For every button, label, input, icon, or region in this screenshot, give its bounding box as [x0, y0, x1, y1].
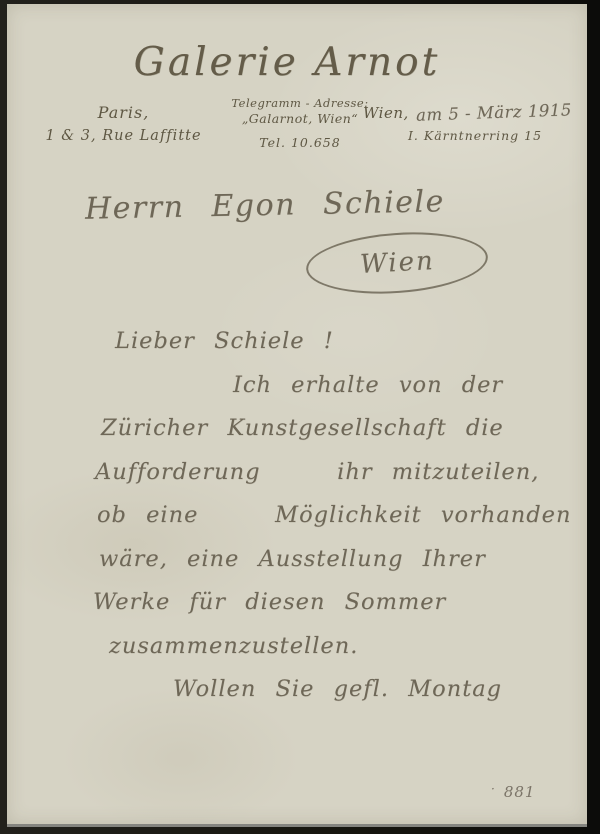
- letterhead-vienna-city: Wien,: [363, 104, 409, 122]
- body-line: Wollen Sie gefl. Montag: [173, 668, 567, 712]
- salutation-line: Lieber Schiele !: [115, 320, 567, 364]
- letter-date-line: Wien, am 5 - März 1915: [363, 103, 587, 122]
- handwritten-date: am 5 - März 1915: [415, 100, 571, 124]
- letterhead-vienna-street: I. Kärntnerring 15: [363, 128, 587, 143]
- body-line: ob eine Möglichkeit vorhanden: [97, 494, 567, 538]
- city-circle-annotation: Wien: [304, 227, 490, 300]
- letterhead-vienna-block: Wien, am 5 - März 1915 I. Kärntnerring 1…: [363, 103, 587, 143]
- body-line: wäre, eine Ausstellung Ihrer: [99, 538, 567, 582]
- archive-notation: ·881: [491, 782, 535, 801]
- body-line: Aufforderung ihr mitzuteilen,: [95, 451, 567, 495]
- circled-city: Wien: [359, 246, 435, 280]
- letterhead-paris-street: 1 & 3, Rue Laffitte: [21, 128, 226, 144]
- body-line: Züricher Kunstgesellschaft die: [101, 407, 567, 451]
- letterhead-telegram-block: Telegramm - Adresse: „Galarnot, Wien“ Te…: [215, 96, 385, 150]
- scan-background: Galerie Arnot Paris, 1 & 3, Rue Laffitte…: [0, 0, 600, 834]
- archive-number: 881: [504, 783, 536, 801]
- body-line: zusammenzustellen.: [109, 625, 567, 669]
- letterhead-telegram-address: „Galarnot, Wien“: [215, 111, 385, 126]
- letterhead-telegram-label: Telegramm - Adresse:: [215, 96, 385, 110]
- letter-page: Galerie Arnot Paris, 1 & 3, Rue Laffitte…: [7, 4, 587, 827]
- pencil-dot: ·: [491, 782, 496, 796]
- letter-body: Lieber Schiele ! Ich erhalte von der Zür…: [87, 320, 567, 712]
- letterhead-paris-city: Paris,: [21, 103, 226, 122]
- letterhead-paris-block: Paris, 1 & 3, Rue Laffitte: [21, 103, 226, 144]
- letterhead-gallery-name: Galerie Arnot: [7, 40, 567, 85]
- body-line: Ich erhalte von der: [233, 364, 567, 408]
- recipient-line: Herrn Egon Schiele: [85, 184, 446, 227]
- letterhead-telephone: Tel. 10.658: [215, 135, 385, 150]
- body-line: Werke für diesen Sommer: [93, 581, 567, 625]
